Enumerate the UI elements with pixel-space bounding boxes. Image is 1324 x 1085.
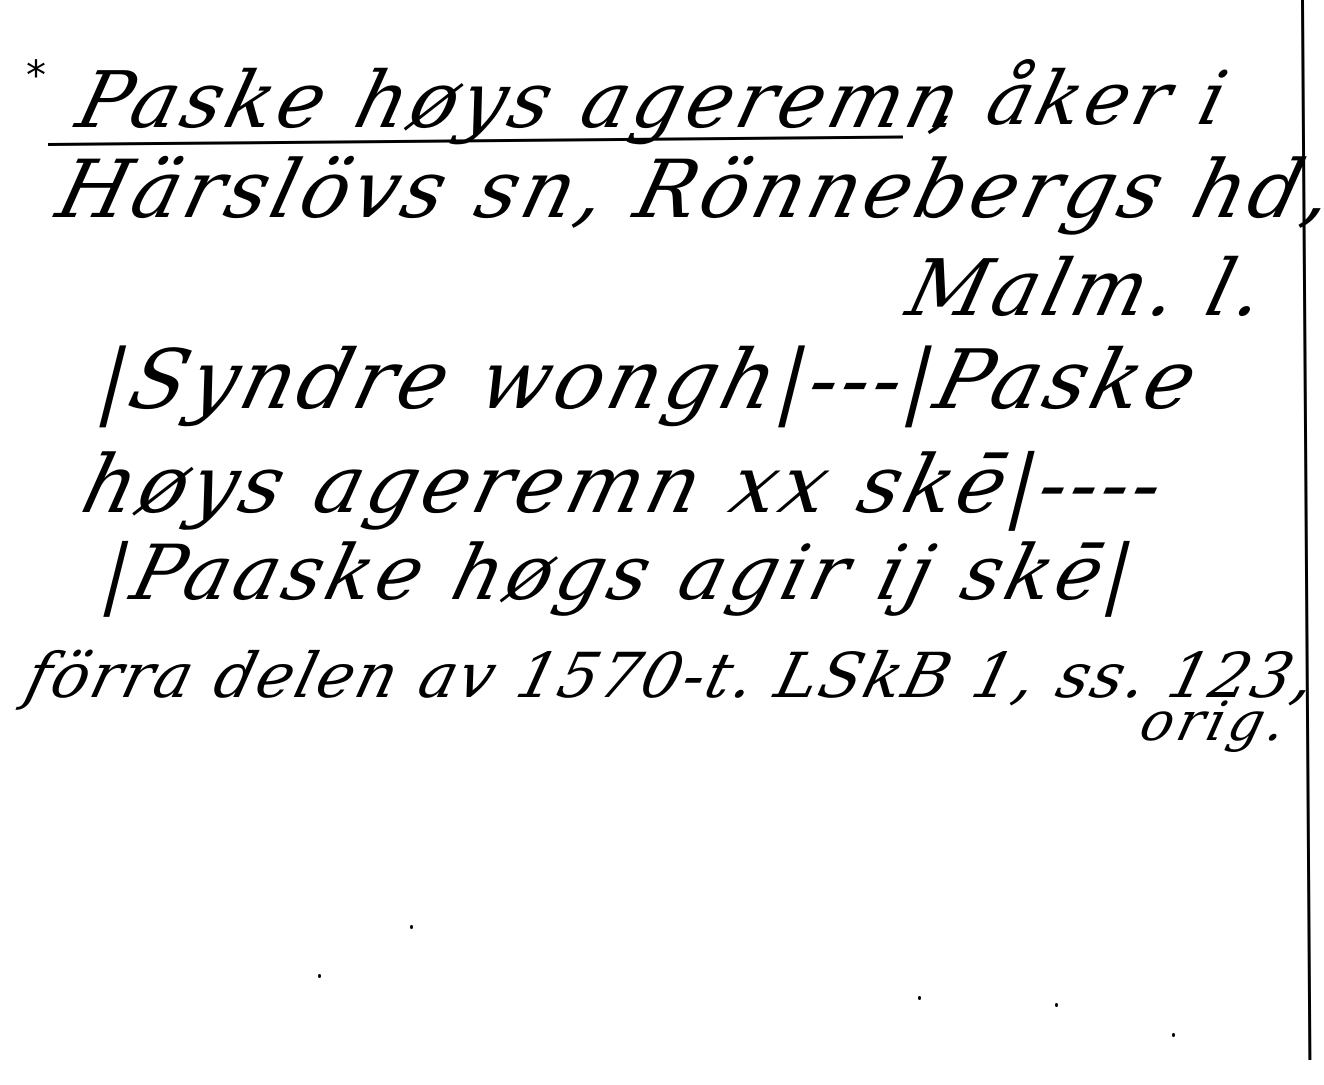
ink-speck [410, 925, 413, 929]
historic-form-line-1: |Syndre wongh|---|Paske [90, 340, 1208, 422]
county-line: Malm. l. [900, 250, 1276, 328]
asterisk-marker: * [26, 56, 46, 96]
ink-speck [318, 974, 321, 978]
ink-speck [1172, 1033, 1175, 1037]
ink-speck [918, 996, 921, 1000]
historic-form-line-3: |Paaske høgs agir ij skē| [95, 535, 1145, 611]
line-1-continuation: , åker i [925, 62, 1238, 136]
ink-speck [1055, 1003, 1058, 1007]
index-card: * Paske høys ageremn , åker i Härslövs s… [0, 0, 1324, 1085]
parish-district-line: Härslövs sn, Rönnebergs hd, [50, 150, 1324, 230]
headword: Paske høys ageremn [70, 62, 972, 140]
historic-form-line-2: høys ageremn xx skē|---- [75, 445, 1175, 525]
date-source-line: förra delen av 1570-t. LSkB 1, ss. 123, … [20, 645, 1324, 707]
original-note: orig. [1135, 695, 1296, 749]
